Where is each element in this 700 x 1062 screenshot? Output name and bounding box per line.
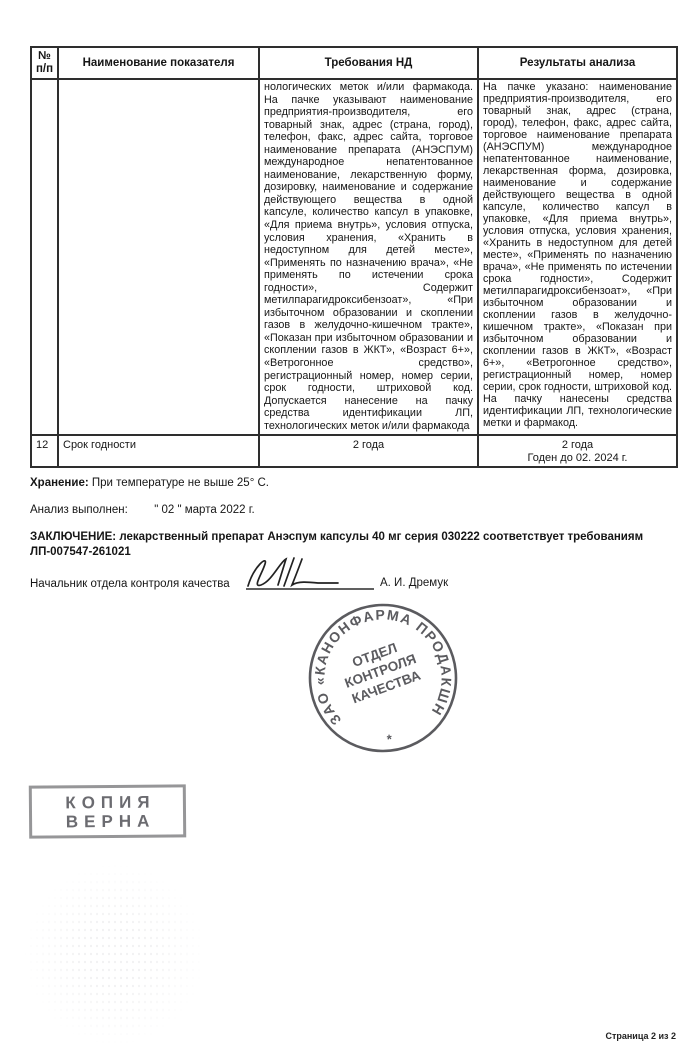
row12-name: Срок годности	[58, 435, 259, 467]
table-row-continuation: нологических меток и/или фармакода. На п…	[31, 79, 677, 435]
cell-num-empty	[31, 79, 58, 435]
page-number: Страница 2 из 2	[605, 1031, 676, 1041]
faded-stamp-ghost	[22, 862, 207, 1047]
cell-analysis-results: На пачке указано: наименование предприят…	[478, 79, 677, 435]
row12-result: 2 года Годен до 02. 2024 г.	[478, 435, 677, 467]
analysis-date: " 02 " марта 2022 г.	[154, 504, 254, 516]
cell-nd-requirements: нологических меток и/или фармакода. На п…	[259, 79, 478, 435]
header-nd: Требования НД	[259, 47, 478, 79]
round-stamp-icon: ЗАО «КАНОНФАРМА ПРОДАКШН» ОТДЕЛ КОНТРОЛЯ…	[286, 581, 479, 774]
copy-verna-stamp: КОПИЯ ВЕРНА	[29, 784, 186, 838]
nd-requirements-text: нологических меток и/или фармакода. На п…	[264, 81, 473, 433]
storage-text: При температуре не выше 25° С.	[92, 477, 269, 489]
header-results: Результаты анализа	[478, 47, 677, 79]
document-page: № п/п Наименование показателя Требования…	[0, 0, 700, 1062]
row12-nd: 2 года	[259, 435, 478, 467]
row12-num: 12	[31, 435, 58, 467]
analysis-label: Анализ выполнен:	[30, 504, 151, 516]
storage-label: Хранение:	[30, 477, 89, 489]
analysis-line: Анализ выполнен: " 02 " марта 2022 г.	[30, 504, 676, 516]
copy-stamp-line1: КОПИЯ	[59, 792, 155, 812]
header-name: Наименование показателя	[58, 47, 259, 79]
analysis-table: № п/п Наименование показателя Требования…	[30, 46, 678, 468]
row12-result-line2: Годен до 02. 2024 г.	[483, 452, 672, 465]
header-num: № п/п	[31, 47, 58, 79]
copy-stamp-line2: ВЕРНА	[60, 811, 156, 831]
round-qc-stamp: ЗАО «КАНОНФАРМА ПРОДАКШН» ОТДЕЛ КОНТРОЛЯ…	[286, 581, 479, 774]
analysis-results-text: На пачке указано: наименование предприят…	[483, 81, 672, 433]
conclusion-line1: ЗАКЛЮЧЕНИЕ: лекарственный препарат Анэсп…	[30, 531, 676, 543]
row12-result-line1: 2 года	[483, 439, 672, 452]
cell-name-empty	[58, 79, 259, 435]
stamp-bottom-mark: *	[386, 731, 394, 747]
storage-line: Хранение: При температуре не выше 25° С.	[30, 477, 676, 489]
table-header-row: № п/п Наименование показателя Требования…	[31, 47, 677, 79]
table-row-12: 12 Срок годности 2 года 2 года Годен до …	[31, 435, 677, 467]
